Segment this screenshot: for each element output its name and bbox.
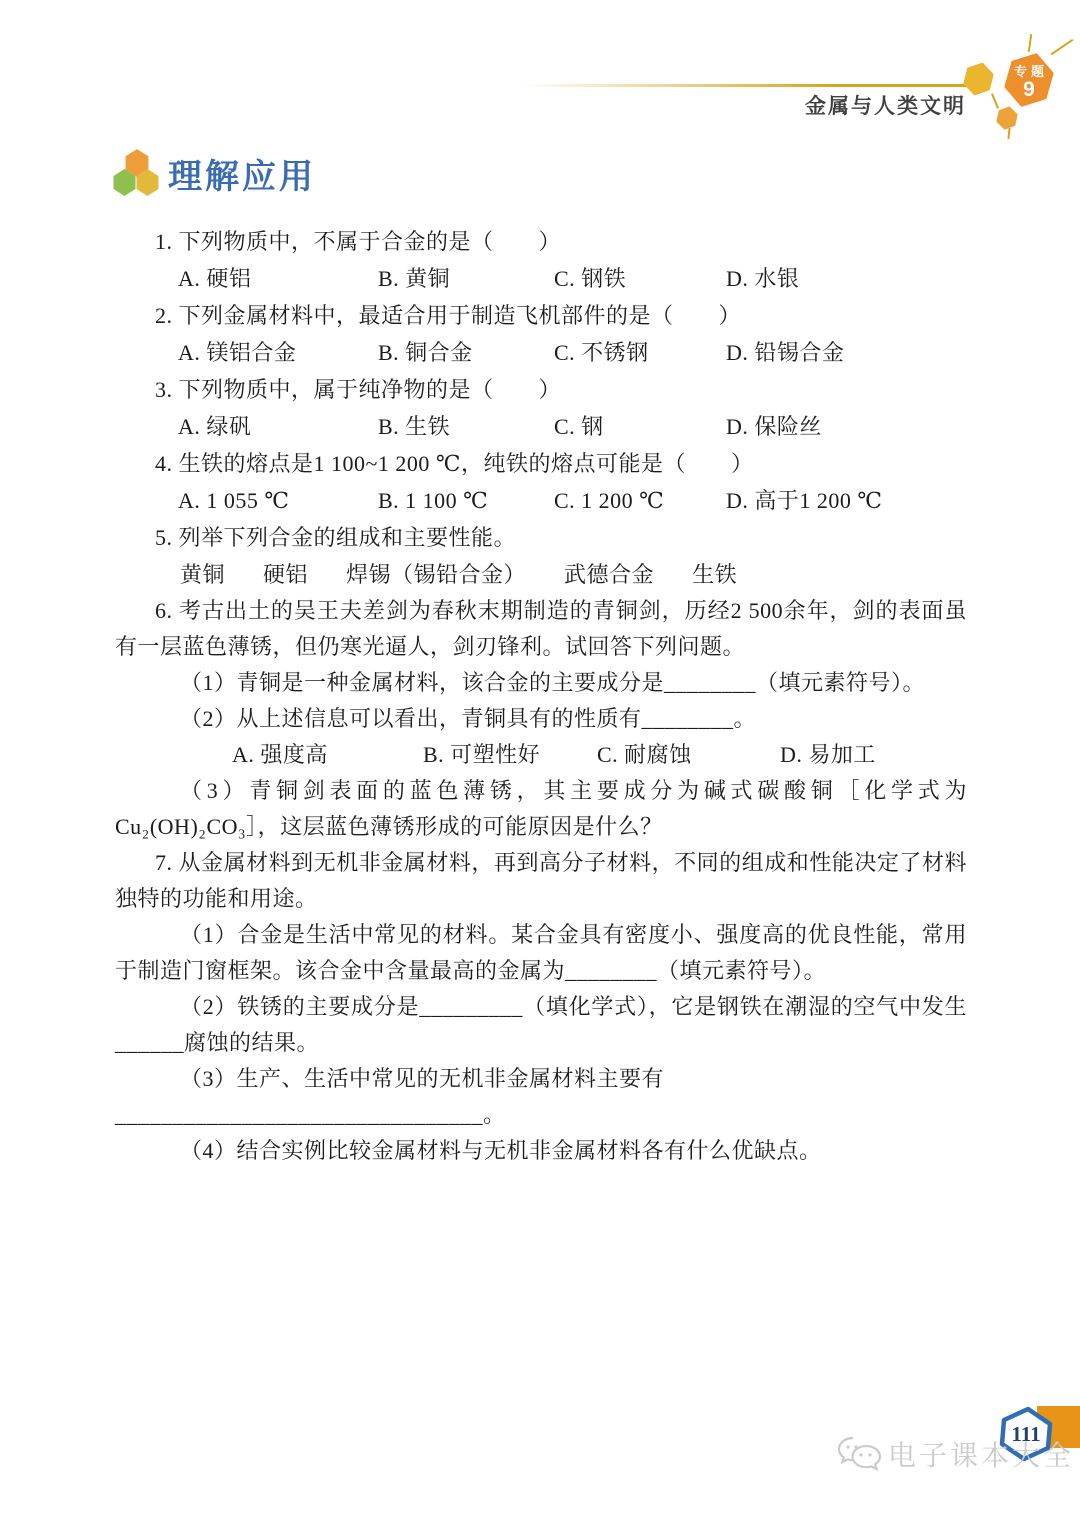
option-d: D. 保险丝 [726,408,967,445]
option-d: D. 高于1 200 ℃ [726,482,967,519]
topic-badge-number: 9 [1023,80,1035,100]
topic-badge: 专题 9 [1004,52,1054,108]
question-6-sub-2: （2）从上述信息可以看出，青铜具有的性质有________。 [115,701,967,737]
question-7-sub-4: （4）结合实例比较金属材料与无机非金属材料各有什么优缺点。 [115,1133,967,1169]
watermark-text: 电子课本大全 [888,1434,1074,1474]
question-2-options: A. 镁铝合金 B. 铜合金 C. 不锈钢 D. 铅锡合金 [178,334,967,371]
option-d: D. 水银 [726,260,967,297]
option-a: A. 镁铝合金 [178,334,378,371]
question-5-alloy-list: 黄铜 硬铝 焊锡（锡铅合金） 武德合金 生铁 [180,556,967,593]
exercise-content: 1. 下列物质中，不属于合金的是（ ） A. 硬铝 B. 黄铜 C. 钢铁 D.… [115,223,967,1169]
header-rule [520,84,968,87]
question-6-sub-2-options: A. 强度高 B. 可塑性好 C. 耐腐蚀 D. 易加工 [232,737,967,773]
molecule-bond-line [1051,39,1074,55]
alloy-item: 生铁 [692,556,737,593]
option-b: B. 可塑性好 [423,737,597,773]
section-title: 理解应用 [168,149,316,198]
question-7: 7. 从金属材料到无机非金属材料，再到高分子材料，不同的组成和性能决定了材料独特… [115,845,967,917]
question-7-sub-1: （1）合金是生活中常见的材料。某合金具有密度小、强度高的优良性能，常用于制造门窗… [115,917,967,989]
question-3-options: A. 绿矾 B. 生铁 C. 钢 D. 保险丝 [178,408,967,445]
question-1-options: A. 硬铝 B. 黄铜 C. 钢铁 D. 水银 [178,260,967,297]
option-c: C. 耐腐蚀 [597,737,780,773]
question-6-sub-1: （1）青铜是一种金属材料，该合金的主要成分是________（填元素符号）。 [115,665,967,701]
option-c: C. 钢 [554,408,726,445]
section-heading: 理解应用 [110,148,316,198]
question-3: 3. 下列物质中，属于纯净物的是（ ） [115,371,967,408]
option-a: A. 绿矾 [178,408,378,445]
alloy-item: 武德合金 [564,556,654,593]
option-a: A. 强度高 [232,737,423,773]
option-b: B. 生铁 [378,408,554,445]
molecule-bond-line [1007,128,1010,139]
option-a: A. 硬铝 [178,260,378,297]
hexagon-cluster-icon [110,148,160,198]
question-7-sub-2: （2）铁锈的主要成分是_________（填化学式），它是钢铁在潮湿的空气中发生… [115,989,967,1061]
molecule-bond-line [1028,34,1032,52]
questions-6-7: 6. 考古出土的吴王夫差剑为春秋末期制造的青铜剑，历经2 500余年，剑的表面虽… [115,593,967,1169]
question-7-sub-3: （3）生产、生活中常见的无机非金属材料主要有__________________… [115,1061,967,1133]
question-2: 2. 下列金属材料中，最适合用于制造飞机部件的是（ ） [115,297,967,334]
question-5: 5. 列举下列合金的组成和主要性能。 [115,519,967,556]
alloy-item: 硬铝 [263,556,308,593]
chapter-title: 金属与人类文明 [805,90,966,120]
alloy-item: 黄铜 [180,556,225,593]
option-c: C. 钢铁 [554,260,726,297]
option-c: C. 不锈钢 [554,334,726,371]
option-b: B. 1 100 ℃ [378,482,554,519]
option-d: D. 易加工 [780,737,967,773]
questions-1-5: 1. 下列物质中，不属于合金的是（ ） A. 硬铝 B. 黄铜 C. 钢铁 D.… [115,223,967,593]
option-d: D. 铅锡合金 [726,334,967,371]
option-b: B. 铜合金 [378,334,554,371]
question-4-options: A. 1 055 ℃ B. 1 100 ℃ C. 1 200 ℃ D. 高于1 … [178,482,967,519]
question-6: 6. 考古出土的吴王夫差剑为春秋末期制造的青铜剑，历经2 500余年，剑的表面虽… [115,593,967,665]
molecule-bond-line [991,93,999,109]
chat-bubbles-icon [836,1434,882,1474]
question-6-sub-3: （3）青铜剑表面的蓝色薄锈，其主要成分为碱式碳酸铜［化学式为 Cu₂(OH)₂C… [115,773,967,845]
textbook-page: 金属与人类文明 专题 9 理解应用 1. 下列物质中，不属于合金的是（ ） A.… [0,0,1080,1515]
option-a: A. 1 055 ℃ [178,482,378,519]
alloy-item: 焊锡（锡铅合金） [346,556,526,593]
watermark: 电子课本大全 [836,1434,1074,1474]
question-1: 1. 下列物质中，不属于合金的是（ ） [115,223,967,260]
question-4: 4. 生铁的熔点是1 100~1 200 ℃，纯铁的熔点可能是（ ） [115,445,967,482]
topic-badge-label: 专题 [1010,61,1048,80]
option-b: B. 黄铜 [378,260,554,297]
option-c: C. 1 200 ℃ [554,482,726,519]
